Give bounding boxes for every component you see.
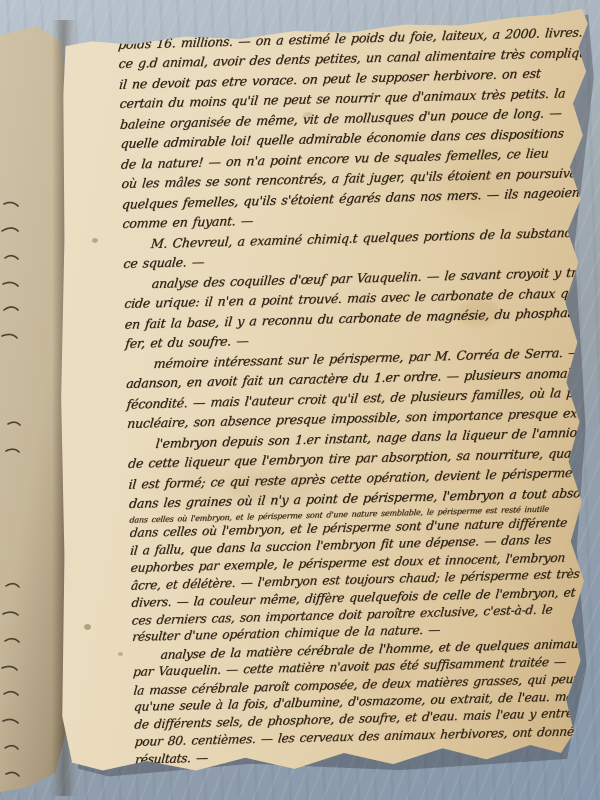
- paper-stain: [118, 652, 123, 656]
- photograph-scene: poids 16. millions. — on a estimé le poi…: [0, 0, 600, 800]
- manuscript-text: poids 16. millions. — on a estimé le poi…: [118, 22, 600, 786]
- paper-stain: [92, 238, 98, 243]
- paper-stain: [84, 624, 91, 630]
- manuscript-page: poids 16. millions. — on a estimé le poi…: [48, 0, 596, 796]
